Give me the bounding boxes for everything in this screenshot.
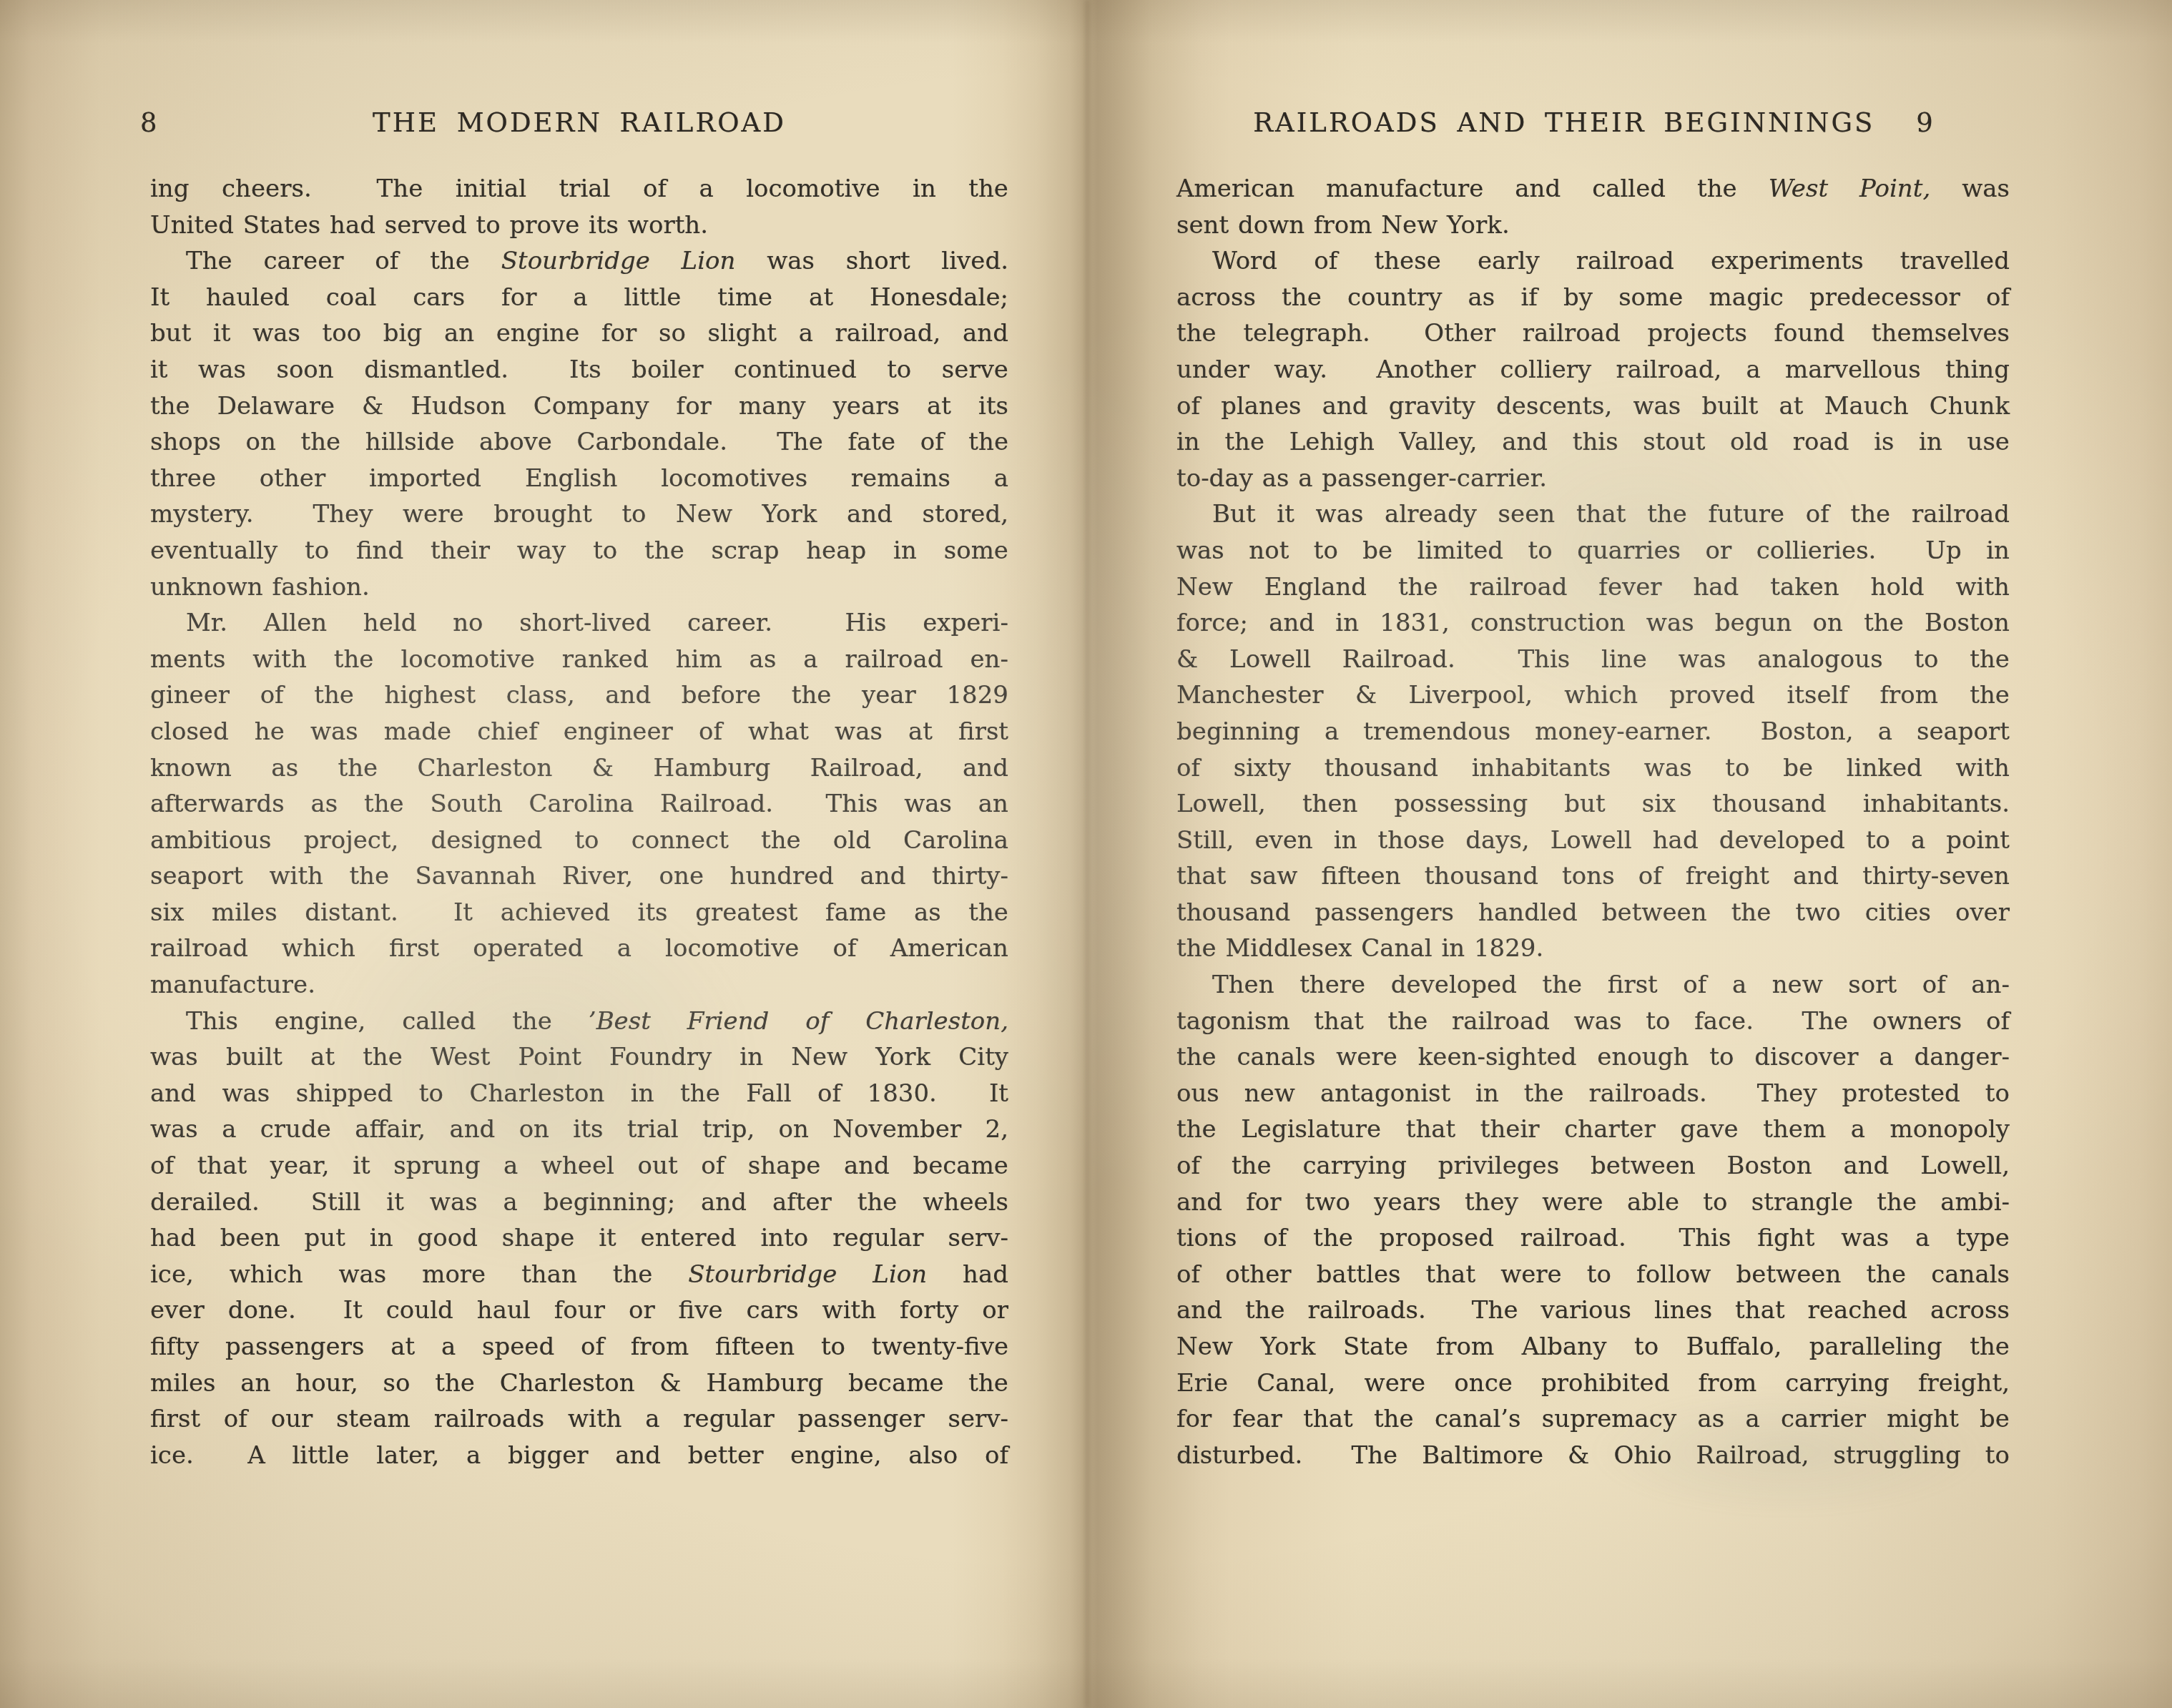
text-line: in the Lehigh Valley, and this stout old…	[1176, 424, 2010, 461]
text-line: ments with the locomotive ranked him as …	[150, 642, 1008, 678]
page-left: 8 THE MODERN RAILROAD ing cheers. The in…	[0, 0, 1086, 1708]
text-line: first of our steam railroads with a regu…	[150, 1401, 1008, 1438]
text-line: The career of the Stourbridge Lion was s…	[150, 243, 1008, 280]
page-body-left: ing cheers. The initial trial of a locom…	[150, 171, 1008, 1473]
text-line: seaport with the Savannah River, one hun…	[150, 858, 1008, 895]
text-line: the telegraph. Other railroad projects f…	[1176, 315, 2010, 352]
text-line: was not to be limited to quarries or col…	[1176, 533, 2010, 569]
page-number-left: 8	[140, 107, 157, 138]
running-title-left: THE MODERN RAILROAD	[373, 107, 786, 138]
text-line: beginning a tremendous money-earner. Bos…	[1176, 714, 2010, 750]
text-line: Mr. Allen held no short-lived career. Hi…	[150, 605, 1008, 642]
text-line: thousand passengers handled between the …	[1176, 895, 2010, 931]
text-line: afterwards as the South Carolina Railroa…	[150, 786, 1008, 823]
text-line: ice, which was more than the Stourbridge…	[150, 1257, 1008, 1293]
text-line: of other battles that were to follow bet…	[1176, 1257, 2010, 1293]
text-line: fifty passengers at a speed of from fift…	[150, 1329, 1008, 1365]
text-line: & Lowell Railroad. This line was analogo…	[1176, 642, 2010, 678]
text-line: six miles distant. It achieved its great…	[150, 895, 1008, 931]
page-body-right: American manufacture and called the West…	[1176, 171, 2010, 1473]
text-line: Word of these early railroad experiments…	[1176, 243, 2010, 280]
text-line: and was shipped to Charleston in the Fal…	[150, 1076, 1008, 1112]
text-line: and for two years they were able to stra…	[1176, 1184, 2010, 1221]
text-line: unknown fashion.	[150, 569, 1008, 606]
text-line: under way. Another colliery railroad, a …	[1176, 352, 2010, 388]
text-line: and the railroads. The various lines tha…	[1176, 1292, 2010, 1329]
text-line: the canals were keen-sighted enough to d…	[1176, 1039, 2010, 1076]
text-line: the Middlesex Canal in 1829.	[1176, 931, 2010, 967]
page-header-left: 8 THE MODERN RAILROAD	[150, 107, 1008, 140]
text-line: to-day as a passenger-carrier.	[1176, 461, 2010, 497]
text-line: that saw fifteen thousand tons of freigh…	[1176, 858, 2010, 895]
text-line: force; and in 1831, construction was beg…	[1176, 605, 2010, 642]
text-line: was a crude affair, and on its trial tri…	[150, 1111, 1008, 1148]
book-spread: 8 THE MODERN RAILROAD ing cheers. The in…	[0, 0, 2172, 1708]
text-line: for fear that the canal’s supremacy as a…	[1176, 1401, 2010, 1438]
text-line: three other imported English locomotives…	[150, 461, 1008, 497]
text-line: the Legislature that their charter gave …	[1176, 1111, 2010, 1148]
text-line: eventually to find their way to the scra…	[150, 533, 1008, 569]
text-line: had been put in good shape it entered in…	[150, 1220, 1008, 1257]
text-line: New England the railroad fever had taken…	[1176, 569, 2010, 606]
text-line: closed he was made chief engineer of wha…	[150, 714, 1008, 750]
text-line: of the carrying privileges between Bosto…	[1176, 1148, 2010, 1184]
text-line: tions of the proposed railroad. This fig…	[1176, 1220, 2010, 1257]
page-header-right: RAILROADS AND THEIR BEGINNINGS9	[1176, 107, 2010, 140]
text-line: Still, even in those days, Lowell had de…	[1176, 823, 2010, 859]
text-line: known as the Charleston & Hamburg Railro…	[150, 750, 1008, 787]
text-line: railroad which first operated a locomoti…	[150, 931, 1008, 967]
text-line: This engine, called the ’Best Friend of …	[150, 1003, 1008, 1040]
text-line: of planes and gravity descents, was buil…	[1176, 388, 2010, 425]
text-line: Lowell, then possessing but six thousand…	[1176, 786, 2010, 823]
text-line: shops on the hillside above Carbondale. …	[150, 424, 1008, 461]
text-line: But it was already seen that the future …	[1176, 496, 2010, 533]
text-line: of sixty thousand inhabitants was to be …	[1176, 750, 2010, 787]
text-line: sent down from New York.	[1176, 207, 2010, 244]
text-line: Manchester & Liverpool, which proved its…	[1176, 677, 2010, 714]
text-line: mystery. They were brought to New York a…	[150, 496, 1008, 533]
text-line: was built at the West Point Foundry in N…	[150, 1039, 1008, 1076]
text-line: American manufacture and called the West…	[1176, 171, 2010, 207]
text-line: ambitious project, designed to connect t…	[150, 823, 1008, 859]
page-right: RAILROADS AND THEIR BEGINNINGS9 American…	[1086, 0, 2172, 1708]
text-line: it was soon dismantled. Its boiler conti…	[150, 352, 1008, 388]
text-line: ice. A little later, a bigger and better…	[150, 1438, 1008, 1474]
text-line: ever done. It could haul four or five ca…	[150, 1292, 1008, 1329]
text-line: disturbed. The Baltimore & Ohio Railroad…	[1176, 1438, 2010, 1474]
text-line: ing cheers. The initial trial of a locom…	[150, 171, 1008, 207]
text-line: across the country as if by some magic p…	[1176, 280, 2010, 316]
text-line: Then there developed the first of a new …	[1176, 967, 2010, 1003]
text-line: United States had served to prove its wo…	[150, 207, 1008, 244]
text-line: but it was too big an engine for so slig…	[150, 315, 1008, 352]
text-line: the Delaware & Hudson Company for many y…	[150, 388, 1008, 425]
text-line: tagonism that the railroad was to face. …	[1176, 1003, 2010, 1040]
text-line: miles an hour, so the Charleston & Hambu…	[150, 1365, 1008, 1402]
text-line: It hauled coal cars for a little time at…	[150, 280, 1008, 316]
page-number-right: 9	[1916, 107, 1933, 138]
text-line: gineer of the highest class, and before …	[150, 677, 1008, 714]
running-title-right: RAILROADS AND THEIR BEGINNINGS	[1253, 107, 1874, 138]
text-line: ous new antagonist in the railroads. The…	[1176, 1076, 2010, 1112]
text-line: manufacture.	[150, 967, 1008, 1003]
text-line: of that year, it sprung a wheel out of s…	[150, 1148, 1008, 1184]
text-line: Erie Canal, were once prohibited from ca…	[1176, 1365, 2010, 1402]
text-line: derailed. Still it was a beginning; and …	[150, 1184, 1008, 1221]
text-line: New York State from Albany to Buffalo, p…	[1176, 1329, 2010, 1365]
